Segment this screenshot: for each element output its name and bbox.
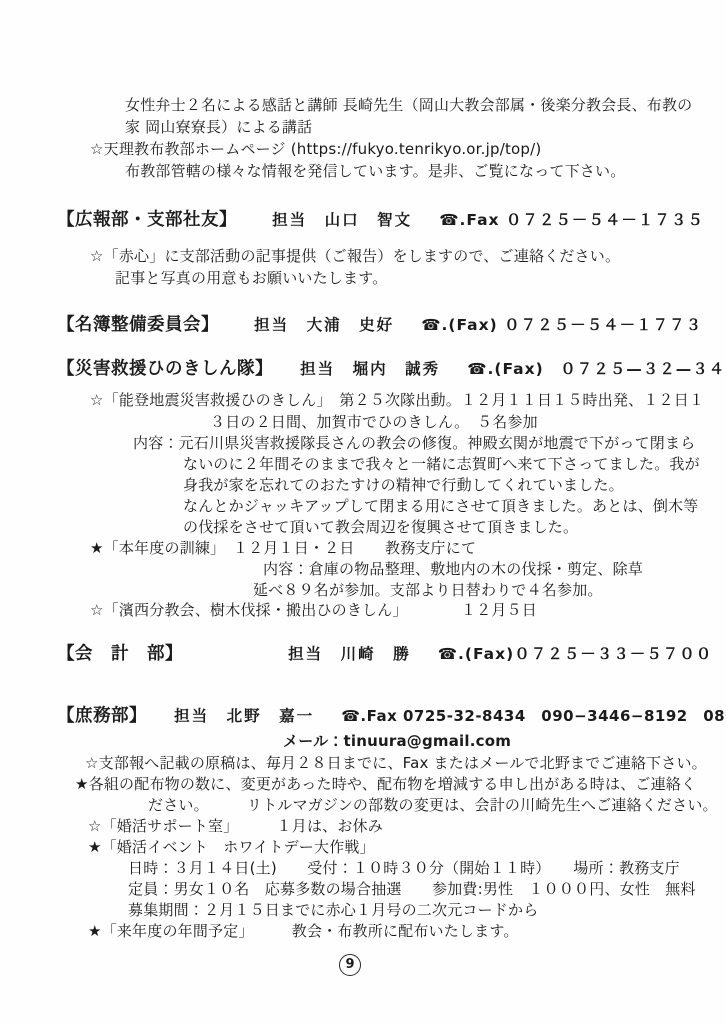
section-title: 【災害救援ひのきしん隊】: [57, 359, 273, 379]
section-header-shomu: 【庶務部】 担当 北野 嘉一 ☎.Fax 0725-32-8434 090−34…: [57, 702, 726, 727]
section-header-meibo: 【名簿整備委員会】 担当 大浦 史好 ☎.(Fax) ０７２５－５４－１７７３: [57, 311, 702, 336]
section-header-kouhou: 【広報部・支部社友】 担当 山口 智文 ☎.Fax ０７２５－５４－１７３５: [57, 206, 704, 231]
email-line: メール：tinuura@gmail.com: [283, 731, 511, 751]
section-header-saigai: 【災害救援ひのきしん隊】 担当 堀内 誠秀 ☎.(Fax) ０７２５—３２—３４…: [57, 355, 726, 380]
section-contact: 担当 北野 嘉一: [174, 707, 314, 725]
section-item: 延べ８９名が参加。支部より日替わりで４名参加。: [253, 580, 603, 600]
section-contact: 担当 山口 智文: [272, 211, 412, 229]
section-title: 【会 計 部】: [57, 644, 183, 664]
section-item: の伐採をさせて頂いて教会周辺を復興させて頂きました。: [183, 517, 578, 537]
section-phone: ☎.(Fax)０７２５－３３－５７００: [438, 645, 713, 663]
section-item: ださい。 リトルマガジンの部数の変更は、会計の川崎先生へご連絡ください。: [148, 795, 718, 815]
section-phone: ☎.Fax 0725-32-8434 090−3446−8192 080-375…: [341, 707, 726, 725]
intro-line-homepage-url: ☆天理教布教部ホームページ (https://fukyo.tenrikyo.or…: [90, 139, 541, 159]
section-item: ★「来年度の年間予定」 教会・布教所に配布いたします。: [88, 921, 519, 941]
section-phone: ☎.Fax ０７２５－５４－１７３５: [439, 211, 704, 229]
section-item: 記事と写真の用意もお願いいたします。: [115, 268, 387, 288]
section-item: ３日の２日間、加賀市でひのきしん。 ５名参加: [210, 412, 538, 432]
intro-line: 家 岡山寮寮長）による講話: [125, 117, 312, 137]
section-item: ★「婚活イベント ホワイトデー大作戦」: [88, 837, 375, 857]
section-title: 【広報部・支部社友】: [57, 210, 237, 230]
section-item: ★「本年度の訓練」 １２月１日・２日 教務支庁にて: [90, 538, 476, 558]
section-item: 内容：元石川県災害救援隊長さんの教会の修復。神殿玄関が地震で下がって閉まら: [133, 433, 695, 453]
section-item: ないのに２年間そのままで我々と一緒に志賀町へ来て下さってました。我が: [183, 454, 700, 474]
section-item: ★各組の配布物の数に、変更があった時や、配布物を増減する申し出がある時は、ご連絡…: [75, 774, 696, 794]
intro-line: 女性弁士２名による感話と講師 長崎先生（岡山大教会部属・後楽分教会長、布教の: [125, 95, 692, 115]
scanned-newsletter-page: 女性弁士２名による感話と講師 長崎先生（岡山大教会部属・後楽分教会長、布教の 家…: [0, 0, 726, 1024]
section-item: 内容：倉庫の物品整理、敷地内の木の伐採・剪定、除草: [263, 559, 643, 579]
section-item: 定員：男女１０名 応募多数の場合抽選 参加費:男性 １０００円、女性 無料: [128, 879, 696, 899]
section-phone: ☎.(Fax) ０７２５—３２—３４２８: [467, 360, 726, 378]
section-item: 身我が家を忘れてのおたすけの精神で行動してくれていました。: [183, 475, 624, 495]
section-item: 日時：３月１４日(土) 受付：１０時３０分（開始１１時） 場所：教務支庁: [128, 858, 680, 878]
section-contact: 担当 大浦 史好: [254, 316, 394, 334]
section-item: なんとかジャッキアップして閉まる用にさせて頂きました。あとは、倒木等: [183, 496, 698, 516]
section-header-kaikei: 【会 計 部】 担当 川崎 勝 ☎.(Fax)０７２５－３３－５７００: [57, 640, 712, 665]
section-item: ☆支部報へ記載の原稿は、毎月２８日までに、Fax またはメールで北野までご連絡下…: [85, 753, 707, 773]
section-title: 【名簿整備委員会】: [57, 315, 219, 335]
section-item: ☆「赤心」に支部活動の記事提供（ご報告）をしますので、ご連絡ください。: [90, 246, 620, 266]
section-item: ☆「能登地震災害救援ひのきしん」 第２５次隊出動。１２月１１日１５時出発、１２日…: [90, 390, 704, 410]
section-contact: 担当 堀内 誠秀: [300, 360, 440, 378]
section-phone: ☎.(Fax) ０７２５－５４－１７７３: [421, 316, 702, 334]
section-item: ☆「濱西分教会、樹木伐採・搬出ひのきしん」 １２月５日: [90, 600, 537, 620]
section-item: ☆「婚活サポート室」 １月は、お休み: [88, 816, 383, 836]
section-contact: 担当 川崎 勝: [288, 645, 411, 663]
page-number: 9: [339, 954, 361, 976]
section-item: 募集期間：２月１５日までに赤心１月号の二次元コードから: [128, 900, 538, 920]
section-title: 【庶務部】: [57, 706, 147, 726]
intro-line: 布教部管轄の様々な情報を発信しています。是非、ご覧になって下さい。: [125, 161, 625, 181]
